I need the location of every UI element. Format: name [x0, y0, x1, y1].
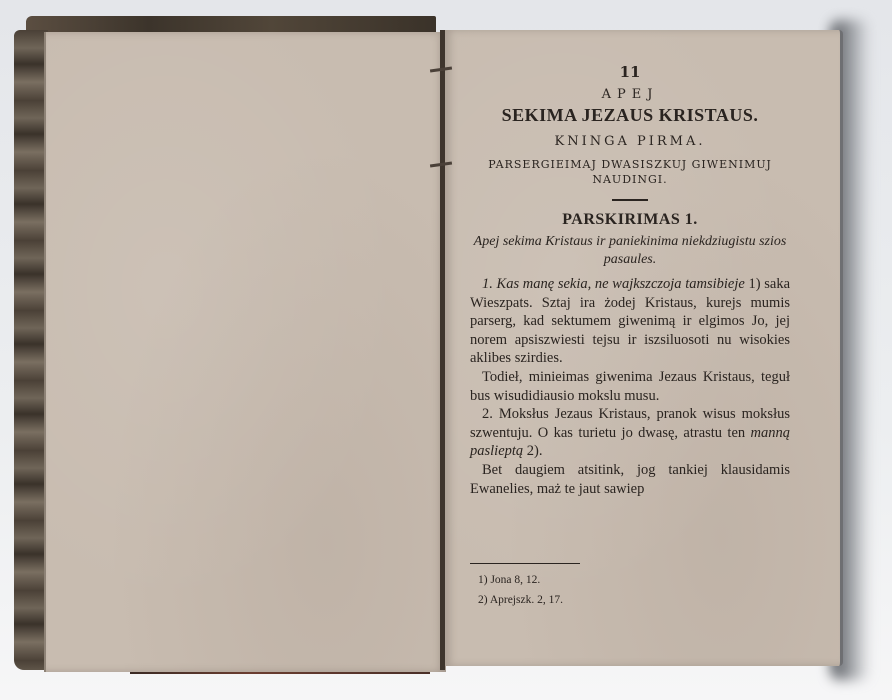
- paragraph-text: 2. Moksłus Jezaus Kristaus, pranok wisus…: [470, 406, 790, 441]
- footnote: 1) Jona 8, 12.: [478, 574, 540, 586]
- book-part: KNINGA PIRMA.: [470, 134, 790, 149]
- paragraph-text: Bet daugiem atsitink, jog tankiej klausi…: [470, 462, 790, 497]
- heading-small: APEJ: [470, 87, 790, 102]
- body-text: 1. Kas manę sekia, ne wajkszczoja tamsib…: [470, 275, 790, 498]
- right-page-text: 11 APEJ SEKIMA JEZAUS KRISTAUS. KNINGA P…: [470, 55, 790, 498]
- page-number: 11: [470, 63, 790, 81]
- paragraph: Bet daugiem atsitink, jog tankiej klausi…: [470, 461, 790, 498]
- paragraph-quote: 1. Kas manę sekia, ne wajkszczoja tamsib…: [482, 276, 745, 292]
- paragraph-text: Todieł, minieimas giwenima Jezaus Krista…: [470, 369, 790, 404]
- paragraph: 2. Moksłus Jezaus Kristaus, pranok wisus…: [470, 405, 790, 461]
- book-gutter: [440, 30, 445, 670]
- book-cover-left-edge: [14, 30, 48, 670]
- footnote-rule: [470, 563, 580, 564]
- book-subtitle: PARSERGIEIMAJ DWASISZKUJ GIWENIMUJ NAUDI…: [470, 157, 790, 187]
- book-title: SEKIMA JEZAUS KRISTAUS.: [470, 105, 790, 126]
- chapter-heading: PARSKIRIMAS 1.: [470, 211, 790, 229]
- divider-rule: [612, 199, 648, 201]
- left-page-blank: [44, 32, 446, 672]
- paragraph: Todieł, minieimas giwenima Jezaus Krista…: [470, 368, 790, 405]
- chapter-subtitle: Apej sekima Kristaus ir paniekinima niek…: [470, 233, 790, 269]
- paragraph-text: 2).: [523, 443, 542, 459]
- footnote: 2) Aprejszk. 2, 17.: [478, 594, 563, 606]
- paragraph: 1. Kas manę sekia, ne wajkszczoja tamsib…: [470, 275, 790, 368]
